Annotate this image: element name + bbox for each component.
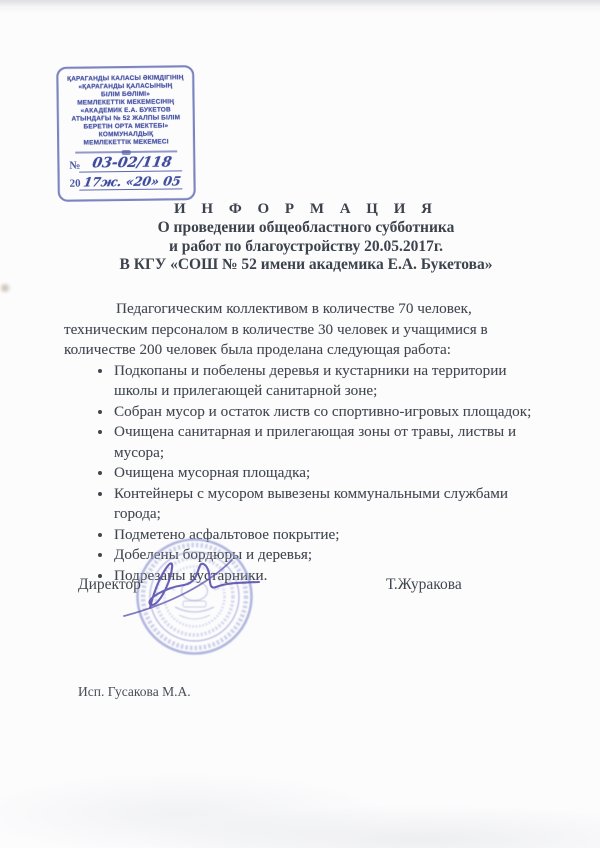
- document-subtitle-line: О проведении общеобластного субботника: [64, 219, 548, 238]
- stamp-date-row: 20 17ж. «20» 05: [69, 173, 183, 190]
- list-item: Подкопаны и побелены деревья и кустарник…: [113, 361, 545, 402]
- document-title-block: И Н Ф О Р М А Ц И Я О проведении общеобл…: [64, 200, 548, 275]
- scanned-document-page: ҚАРАГАНДЫ КАЛАСЫ ӘКІМДІГІНІҢ «ҚАРАГАНДЫ …: [0, 0, 600, 848]
- stamp-number-handwritten: 03-02/118: [79, 155, 185, 172]
- scan-edge-smudge: [0, 283, 12, 293]
- signature-name: Т.Журакова: [386, 576, 462, 594]
- executor-note: Исп. Гусакова М.А.: [78, 684, 191, 700]
- list-item: Очищена мусорная площадка;: [113, 463, 545, 484]
- document-subtitle-line: и работ по благоустройству 20.05.2017г.: [64, 238, 548, 257]
- list-item: Контейнеры с мусором вывезены коммунальн…: [113, 484, 545, 525]
- document-heading: И Н Ф О Р М А Ц И Я: [64, 200, 548, 219]
- stamp-org-line: МЕМЛЕКЕТТІК МЕКЕМЕСІ: [63, 138, 189, 148]
- intro-paragraph: Педагогическим коллективом в количестве …: [64, 299, 545, 361]
- registration-stamp: ҚАРАГАНДЫ КАЛАСЫ ӘКІМДІГІНІҢ «ҚАРАГАНДЫ …: [56, 65, 196, 202]
- stamp-number-row: № 03-02/118: [69, 155, 183, 172]
- list-item: Очищена санитарная и прилегающая зоны от…: [113, 422, 545, 463]
- document-subtitle-line: В КГУ «СОШ № 52 имени академика Е.А. Бук…: [64, 256, 548, 275]
- signature-role-label: Директор: [78, 576, 141, 594]
- stamp-date-handwritten: 17ж. «20» 05: [79, 173, 185, 190]
- list-item: Собран мусор и остаток листв со спортивн…: [113, 402, 545, 423]
- stamp-divider-ornament: [75, 150, 177, 153]
